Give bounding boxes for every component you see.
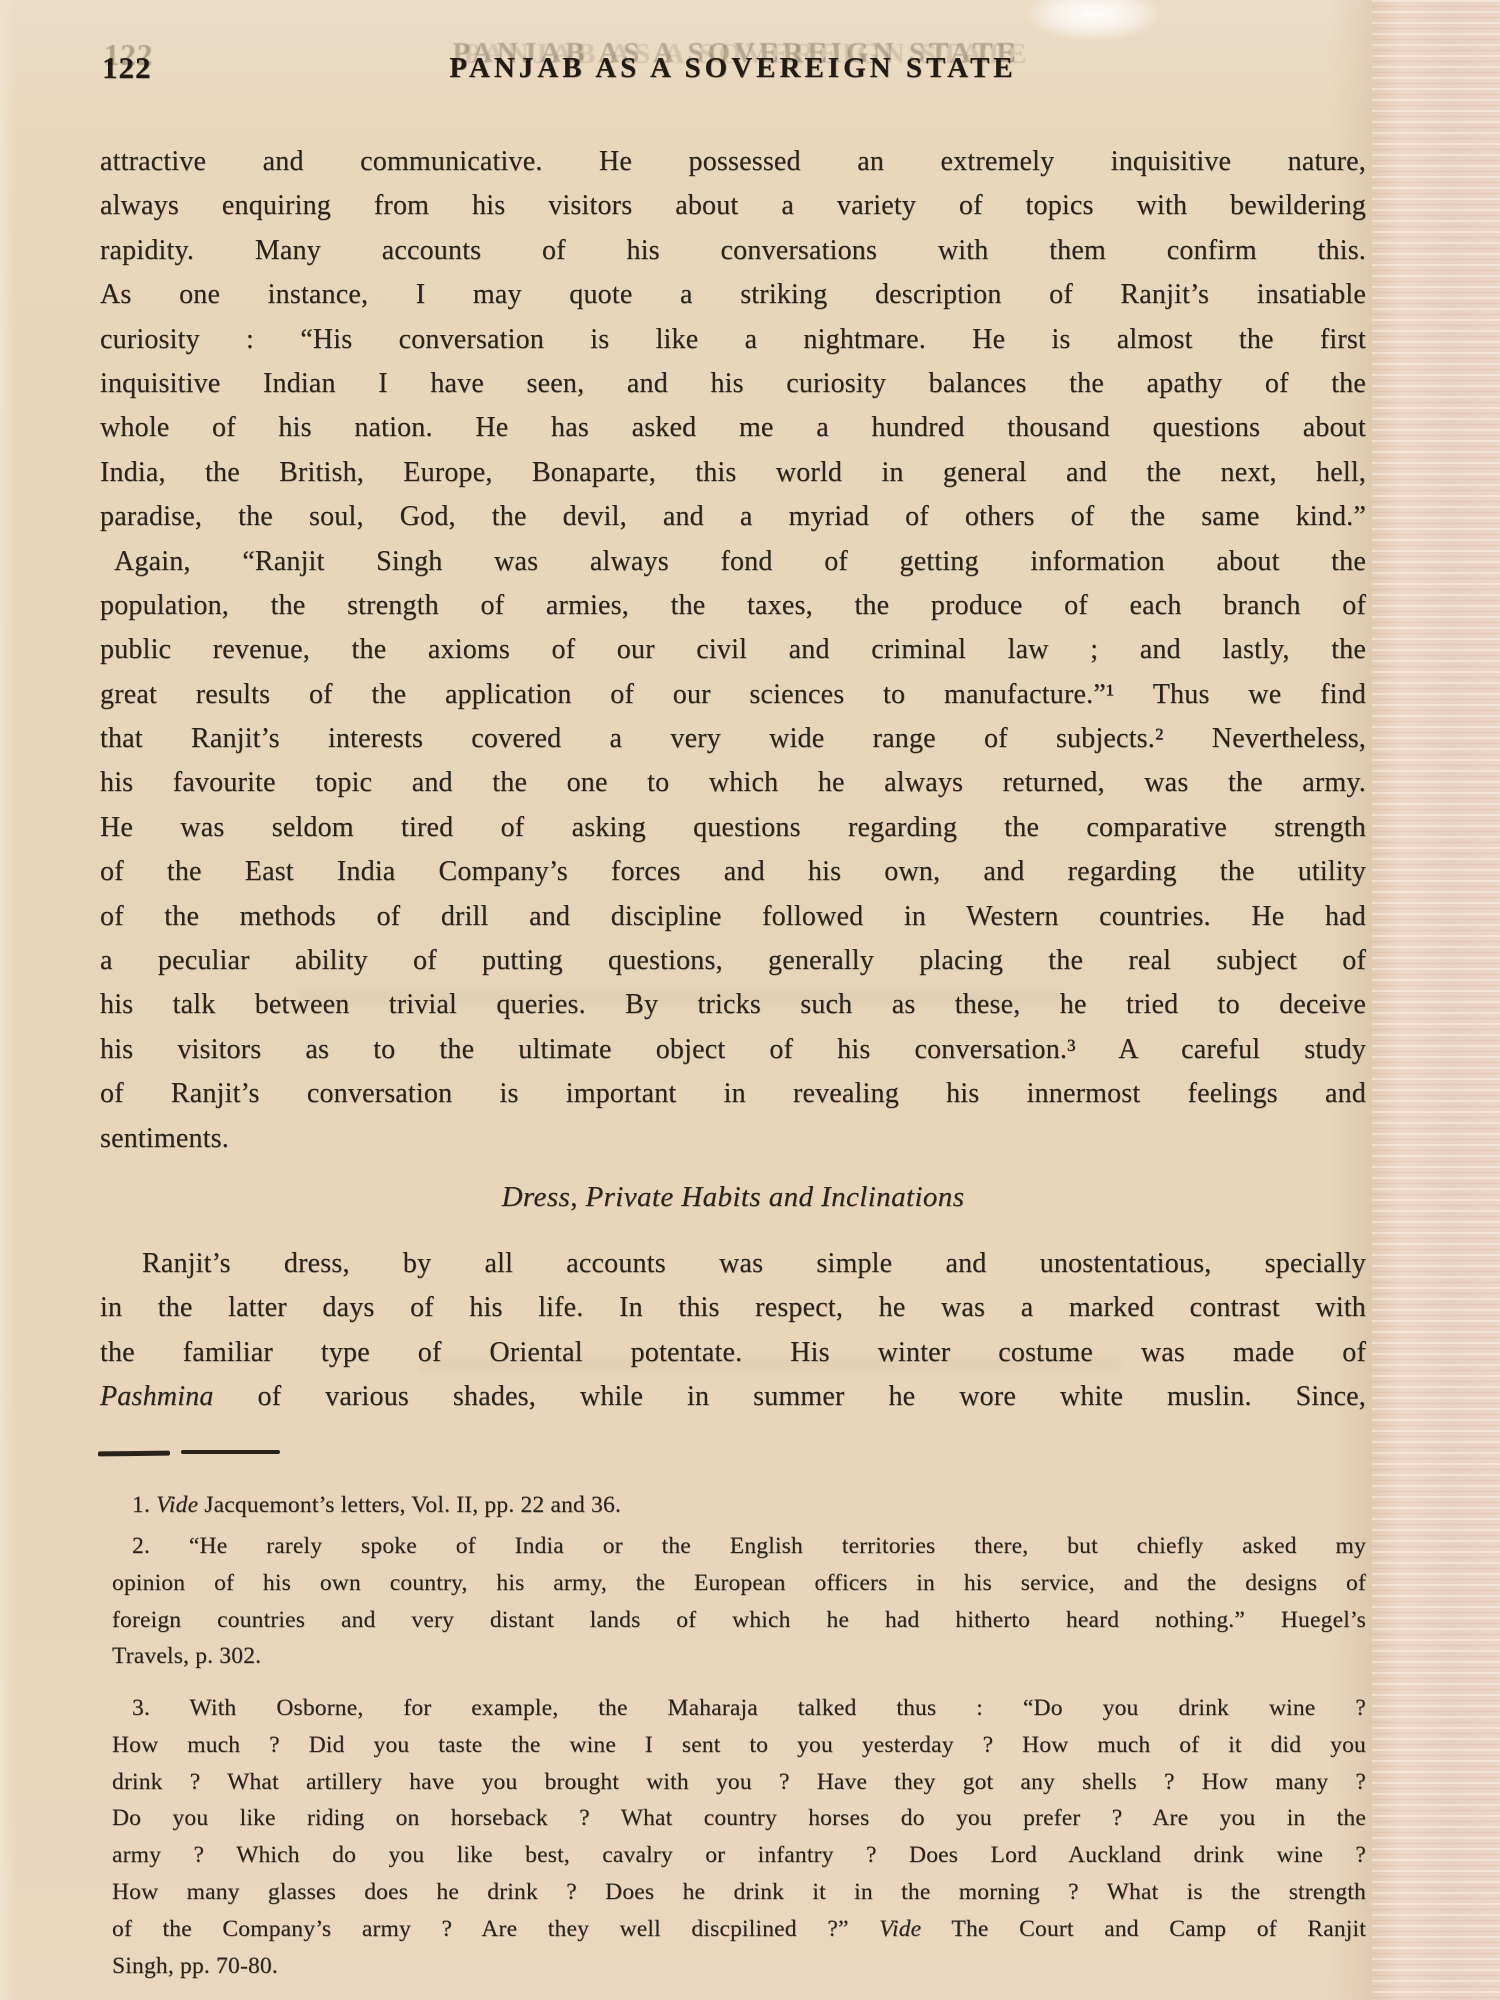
footnote-separator-segment [98, 1451, 170, 1457]
text-line: whole of his nation. He has asked me a h… [100, 406, 1366, 450]
footnote-separator-segment [181, 1450, 280, 1454]
text-line: of Ranjit’s conversation is important in… [100, 1072, 1366, 1116]
italic-word: Vide [879, 1916, 921, 1942]
text-segment: Jacquemont’s letters, Vol. II, pp. 22 an… [198, 1492, 621, 1518]
footnote-3: 3. With Osborne, for example, the Mahara… [112, 1690, 1366, 1984]
italic-word: Pashmina [100, 1381, 214, 1412]
page-header: 122 PANJAB AS A SOVEREIGN STATE [100, 46, 1366, 92]
text-line: Again, “Ranjit Singh was always fond of … [100, 540, 1366, 584]
text-line: How much ? Did you taste the wine I sent… [112, 1727, 1366, 1764]
text-line: his favourite topic and the one to which… [100, 761, 1366, 805]
text-line: Pashmina of various shades, while in sum… [100, 1375, 1366, 1419]
text-line: the familiar type of Oriental potentate.… [100, 1331, 1366, 1375]
text-segment: of the Company’s army ? Are they well di… [112, 1916, 879, 1942]
running-title: PANJAB AS A SOVEREIGN STATE [100, 52, 1366, 85]
text-line: India, the British, Europe, Bonaparte, t… [100, 451, 1366, 495]
text-line: 2. “He rarely spoke of India or the Engl… [112, 1528, 1366, 1565]
page-left-edge [0, 0, 16, 2000]
italic-word: Vide [156, 1492, 198, 1518]
text-line: sentiments. [100, 1117, 1366, 1161]
scan-edge-band [1372, 0, 1500, 2000]
text-line: Singh, pp. 70-80. [112, 1948, 1366, 1985]
text-line: of the East India Company’s forces and h… [100, 850, 1366, 894]
scanned-book-page: 122 PANJAB AS A SOVEREIGN STATE attracti… [0, 0, 1500, 2000]
text-line: in the latter days of his life. In this … [100, 1286, 1366, 1330]
text-segment: The Court and Camp of Ranjit [921, 1916, 1366, 1942]
text-line: opinion of his own country, his army, th… [112, 1565, 1366, 1602]
footnote-number: 1. [132, 1492, 156, 1518]
paragraph-2: Ranjit’s dress, by all accounts was simp… [100, 1242, 1366, 1420]
text-line: of the Company’s army ? Are they well di… [112, 1911, 1366, 1948]
text-line: As one instance, I may quote a striking … [100, 273, 1366, 317]
text-line: a peculiar ability of putting questions,… [100, 939, 1366, 983]
text-line: great results of the application of our … [100, 673, 1366, 717]
text-line: inquisitive Indian I have seen, and his … [100, 362, 1366, 406]
text-line: foreign countries and very distant lands… [112, 1602, 1366, 1639]
text-line: population, the strength of armies, the … [100, 584, 1366, 628]
text-line: curiosity : “His conversation is like a … [100, 318, 1366, 362]
scan-white-spot [1028, 0, 1158, 40]
text-line: army ? Which do you like best, cavalry o… [112, 1837, 1366, 1874]
text-segment: of various shades, while in summer he wo… [214, 1381, 1366, 1412]
footnote-2: 2. “He rarely spoke of India or the Engl… [112, 1528, 1366, 1675]
text-line: attractive and communicative. He possess… [100, 140, 1366, 184]
text-line: paradise, the soul, God, the devil, and … [100, 495, 1366, 539]
text-line: his visitors as to the ultimate object o… [100, 1028, 1366, 1072]
text-line: Ranjit’s dress, by all accounts was simp… [100, 1242, 1366, 1286]
text-line: drink ? What artillery have you brought … [112, 1764, 1366, 1801]
text-line: of the methods of drill and discipline f… [100, 895, 1366, 939]
text-line: He was seldom tired of asking questions … [100, 806, 1366, 850]
text-line: 3. With Osborne, for example, the Mahara… [112, 1690, 1366, 1727]
footnote-1: 1. Vide Jacquemont’s letters, Vol. II, p… [112, 1487, 1366, 1524]
text-line: rapidity. Many accounts of his conversat… [100, 229, 1366, 273]
text-line: 1. Vide Jacquemont’s letters, Vol. II, p… [112, 1487, 1366, 1524]
text-line: his talk between trivial queries. By tri… [100, 983, 1366, 1027]
text-line: Travels, p. 302. [112, 1638, 1366, 1675]
text-line: public revenue, the axioms of our civil … [100, 628, 1366, 672]
text-line: that Ranjit’s interests covered a very w… [100, 717, 1366, 761]
paragraph-1: attractive and communicative. He possess… [100, 140, 1366, 1161]
text-line: How many glasses does he drink ? Does he… [112, 1874, 1366, 1911]
text-line: always enquiring from his visitors about… [100, 184, 1366, 228]
text-line: Do you like riding on horseback ? What c… [112, 1800, 1366, 1837]
section-heading: Dress, Private Habits and Inclinations [100, 1174, 1366, 1220]
